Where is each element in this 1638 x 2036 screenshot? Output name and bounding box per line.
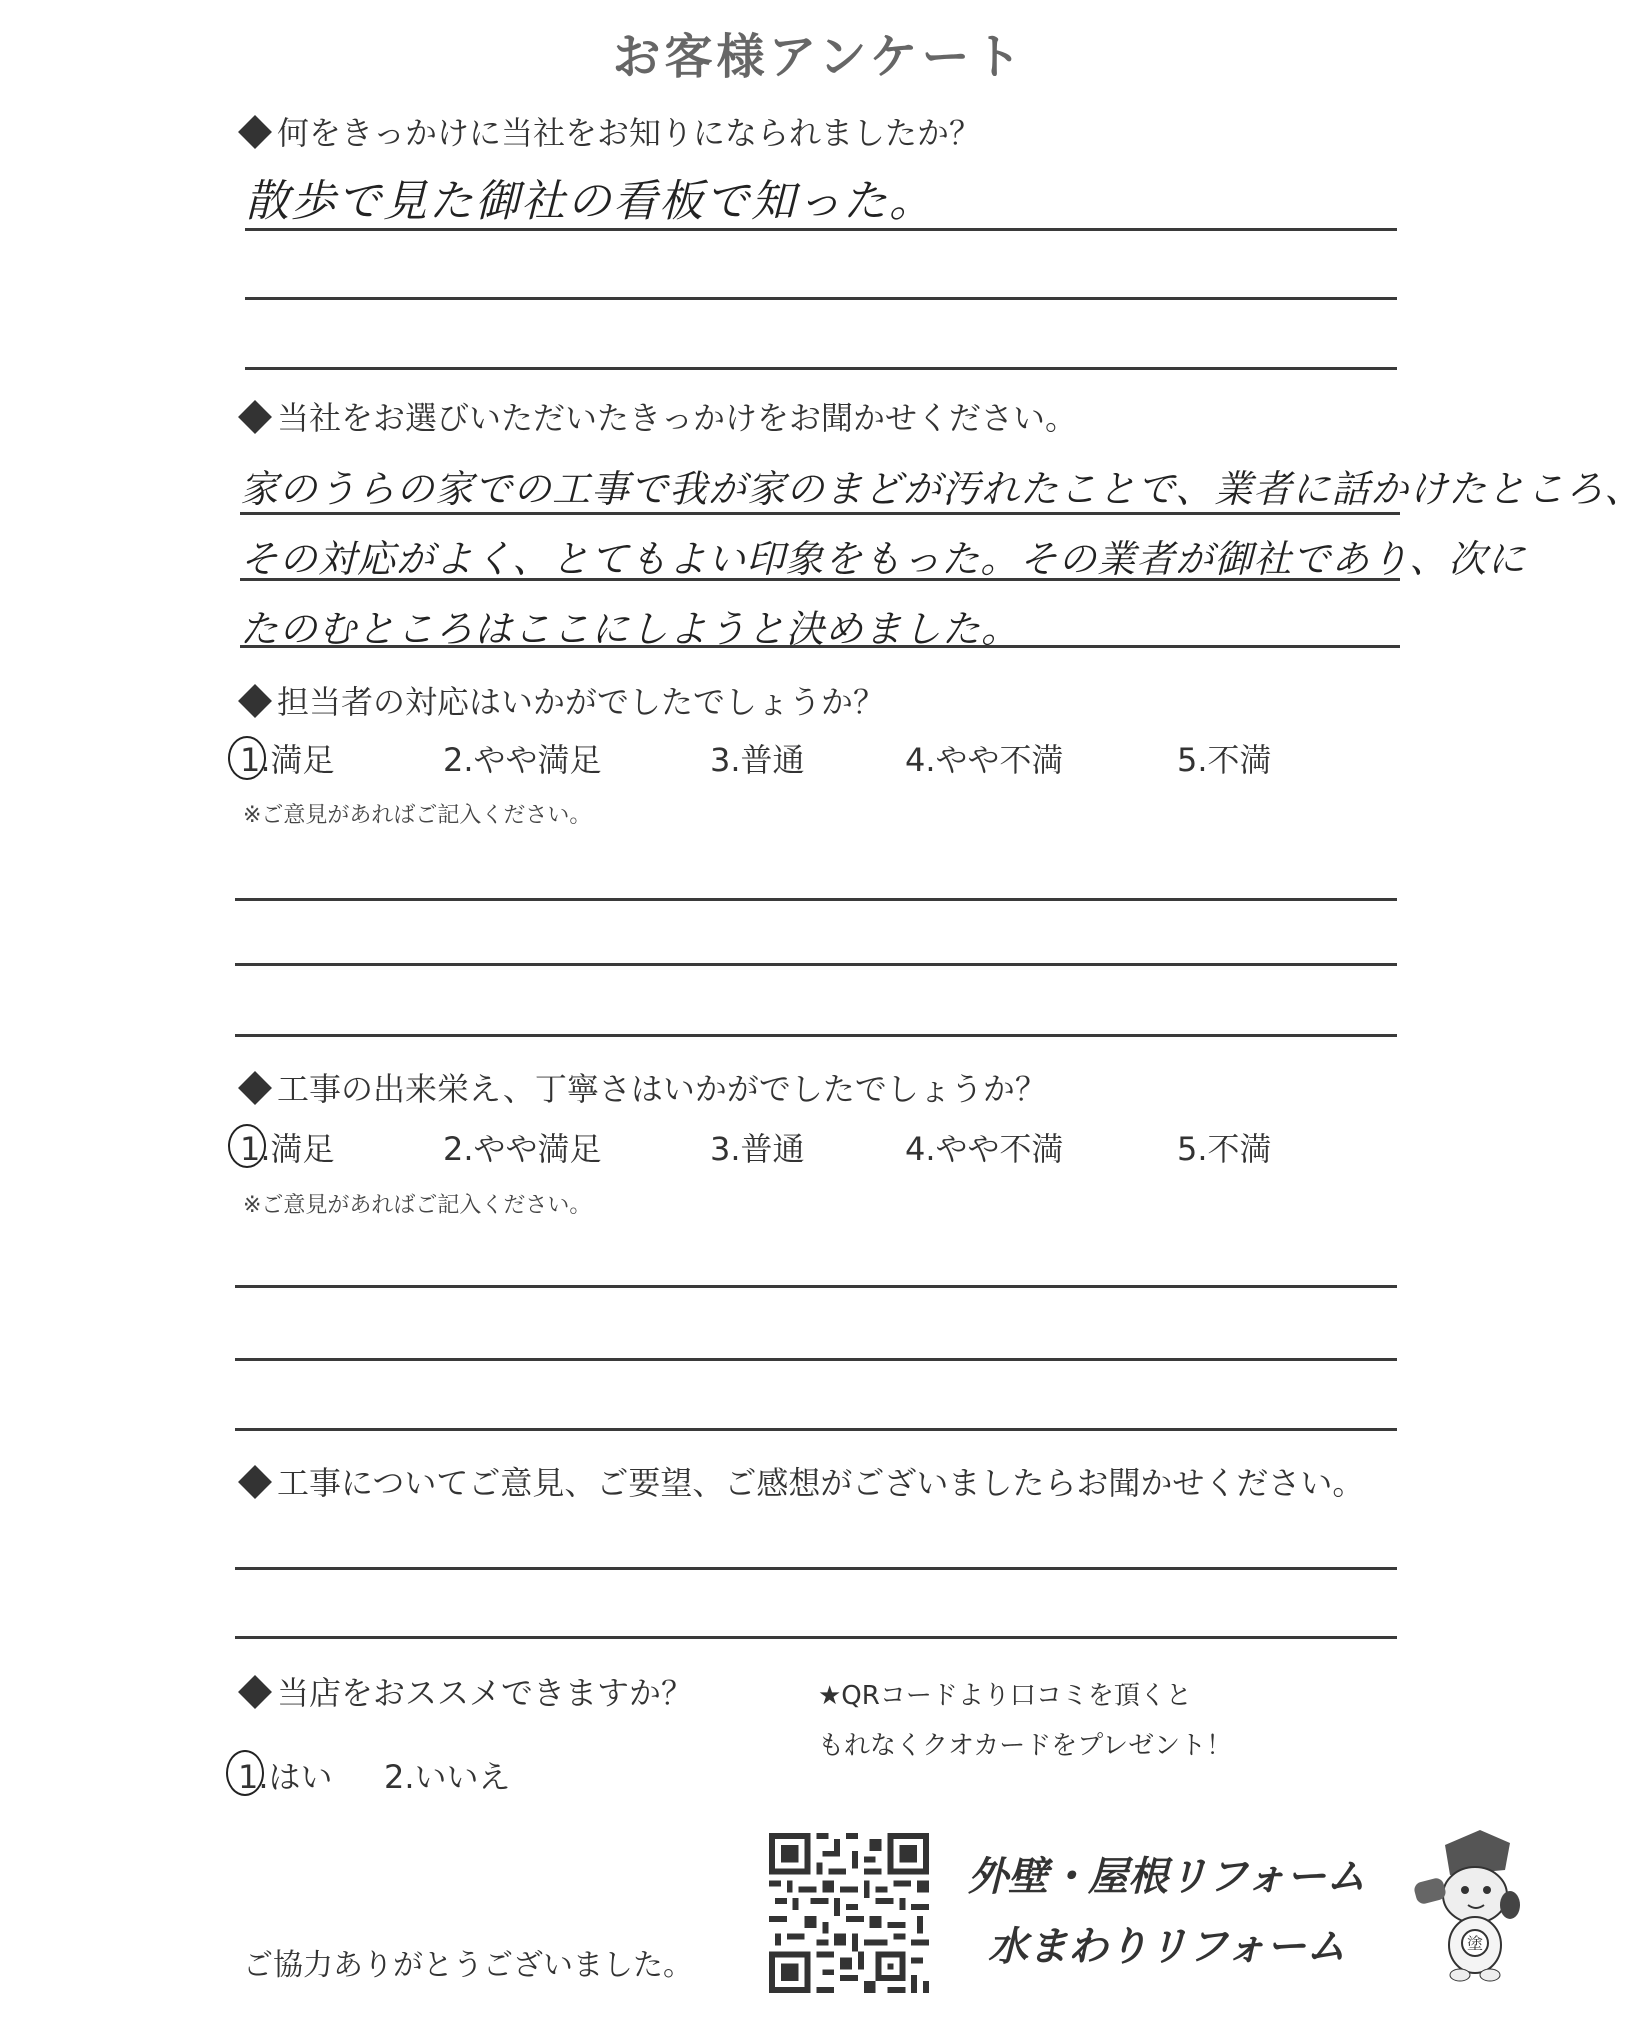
question-3-label: 担当者の対応はいかがでしたでしょうか？	[277, 683, 885, 721]
q3-option-1-satisfied[interactable]: 1.満足	[240, 735, 335, 781]
thanks-message: ご協力ありがとうございました。	[243, 1940, 693, 1984]
answer-rule	[235, 963, 1397, 966]
answer-rule	[240, 645, 1400, 648]
answer-rule	[245, 228, 1397, 231]
q4-option-3-neutral[interactable]: 3.普通	[710, 1124, 805, 1170]
diamond-bullet-icon	[238, 400, 272, 434]
q3-option-2-somewhat-satisfied[interactable]: 2.やや満足	[443, 735, 602, 781]
answer-rule	[235, 898, 1397, 901]
answer-rule	[240, 512, 1400, 515]
promo-line-2: もれなくクオカードをプレゼント！	[818, 1725, 1232, 1762]
q3-option-5-dissatisfied[interactable]: 5.不満	[1177, 735, 1272, 781]
answer-rule	[235, 1358, 1397, 1361]
q3-option-4-somewhat-dissatisfied[interactable]: 4.やや不満	[905, 735, 1064, 781]
q4-option-4-somewhat-dissatisfied[interactable]: 4.やや不満	[905, 1124, 1064, 1170]
diamond-bullet-icon	[238, 115, 272, 149]
q4-option-1-satisfied[interactable]: 1.満足	[240, 1124, 335, 1170]
svg-text:塗: 塗	[1467, 1934, 1483, 1953]
q4-option-2-somewhat-satisfied[interactable]: 2.やや満足	[443, 1124, 602, 1170]
question-3: 担当者の対応はいかがでしたでしょうか？	[243, 677, 885, 723]
answer-rule	[245, 367, 1397, 370]
question-6-label: 当店をおススメできますか？	[277, 1674, 693, 1712]
tiger-mascot-icon: 塗	[1410, 1825, 1530, 1985]
diamond-bullet-icon	[238, 1465, 272, 1499]
answer-rule	[245, 297, 1397, 300]
question-4: 工事の出来栄え、丁寧さはいかがでしたでしょうか？	[243, 1064, 1047, 1110]
answer-rule	[235, 1285, 1397, 1288]
question-5-label: 工事についてご意見、ご要望、ご感想がございましたらお聞かせください。	[277, 1464, 1364, 1502]
answer-rule	[235, 1428, 1397, 1431]
q6-option-no[interactable]: 2.いいえ	[384, 1752, 511, 1798]
question-2-answer-line-2[interactable]: その対応がよく、とてもよい印象をもった。その業者が御社であり、次に	[240, 528, 1526, 583]
question-4-label: 工事の出来栄え、丁寧さはいかがでしたでしょうか？	[277, 1070, 1047, 1108]
q3-option-3-neutral[interactable]: 3.普通	[710, 735, 805, 781]
answer-rule	[235, 1636, 1397, 1639]
answer-rule	[240, 578, 1400, 581]
q4-comment-note: ※ご意見があればご記入ください。	[243, 1188, 591, 1219]
qr-code-icon[interactable]	[768, 1833, 930, 1993]
brand-exterior-roof-reform: 外壁・屋根リフォーム	[968, 1845, 1366, 1902]
question-5: 工事についてご意見、ご要望、ご感想がございましたらお聞かせください。	[243, 1458, 1364, 1504]
question-2-label: 当社をお選びいただいたきっかけをお聞かせください。	[277, 399, 1077, 437]
question-6: 当店をおススメできますか？	[243, 1668, 693, 1714]
question-1: 何をきっかけに当社をお知りになられましたか？	[243, 108, 981, 154]
answer-rule	[235, 1034, 1397, 1037]
brand-water-reform: 水まわりリフォーム	[988, 1915, 1346, 1972]
question-1-answer-line-1[interactable]: 散歩で見た御社の看板で知った。	[245, 165, 935, 229]
survey-title: お客様アンケート	[0, 18, 1638, 87]
diamond-bullet-icon	[238, 1071, 272, 1105]
answer-rule	[235, 1567, 1397, 1570]
q3-comment-note: ※ご意見があればご記入ください。	[243, 798, 591, 829]
q4-option-5-dissatisfied[interactable]: 5.不満	[1177, 1124, 1272, 1170]
promo-line-1: ★QRコードより口コミを頂くと	[818, 1675, 1192, 1712]
diamond-bullet-icon	[238, 684, 272, 718]
question-2: 当社をお選びいただいたきっかけをお聞かせください。	[243, 393, 1077, 439]
question-2-answer-line-1[interactable]: 家のうらの家での工事で我が家のまどが汚れたことで、業者に話かけたところ、	[240, 458, 1638, 513]
q6-option-yes[interactable]: 1.はい	[238, 1752, 333, 1798]
diamond-bullet-icon	[238, 1675, 272, 1709]
question-1-label: 何をきっかけに当社をお知りになられましたか？	[277, 114, 981, 152]
